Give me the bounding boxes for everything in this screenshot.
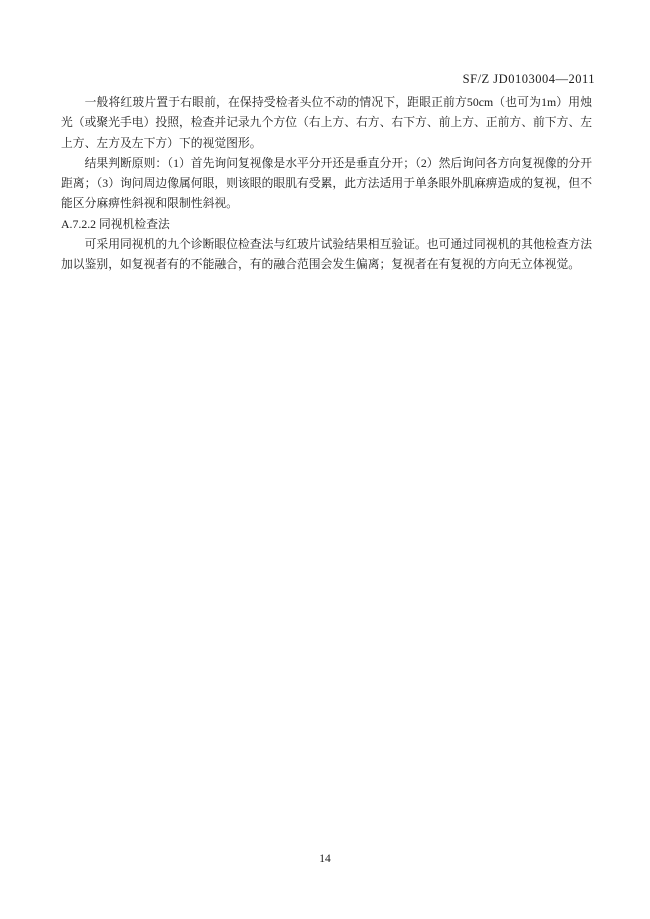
doc-standard-number: SF/Z JD0103004—2011 <box>61 72 595 87</box>
section-heading-synoptophore: A.7.2.2 同视机检查法 <box>61 214 592 234</box>
paragraph-synoptophore-method: 可采用同视机的九个诊断眼位检查法与红玻片试验结果相互验证。也可通过同视机的其他检… <box>61 234 592 275</box>
paragraph-judgment-principles: 结果判断原则：（1）首先询问复视像是水平分开还是垂直分开；（2）然后询问各方向复… <box>61 153 592 214</box>
document-body: 一般将红玻片置于右眼前，在保持受检者头位不动的情况下，距眼正前方50cm（也可为… <box>61 92 592 275</box>
page-number: 14 <box>0 853 650 865</box>
document-page: SF/Z JD0103004—2011 一般将红玻片置于右眼前，在保持受检者头位… <box>0 0 650 919</box>
paragraph-red-glass-method: 一般将红玻片置于右眼前，在保持受检者头位不动的情况下，距眼正前方50cm（也可为… <box>61 92 592 153</box>
